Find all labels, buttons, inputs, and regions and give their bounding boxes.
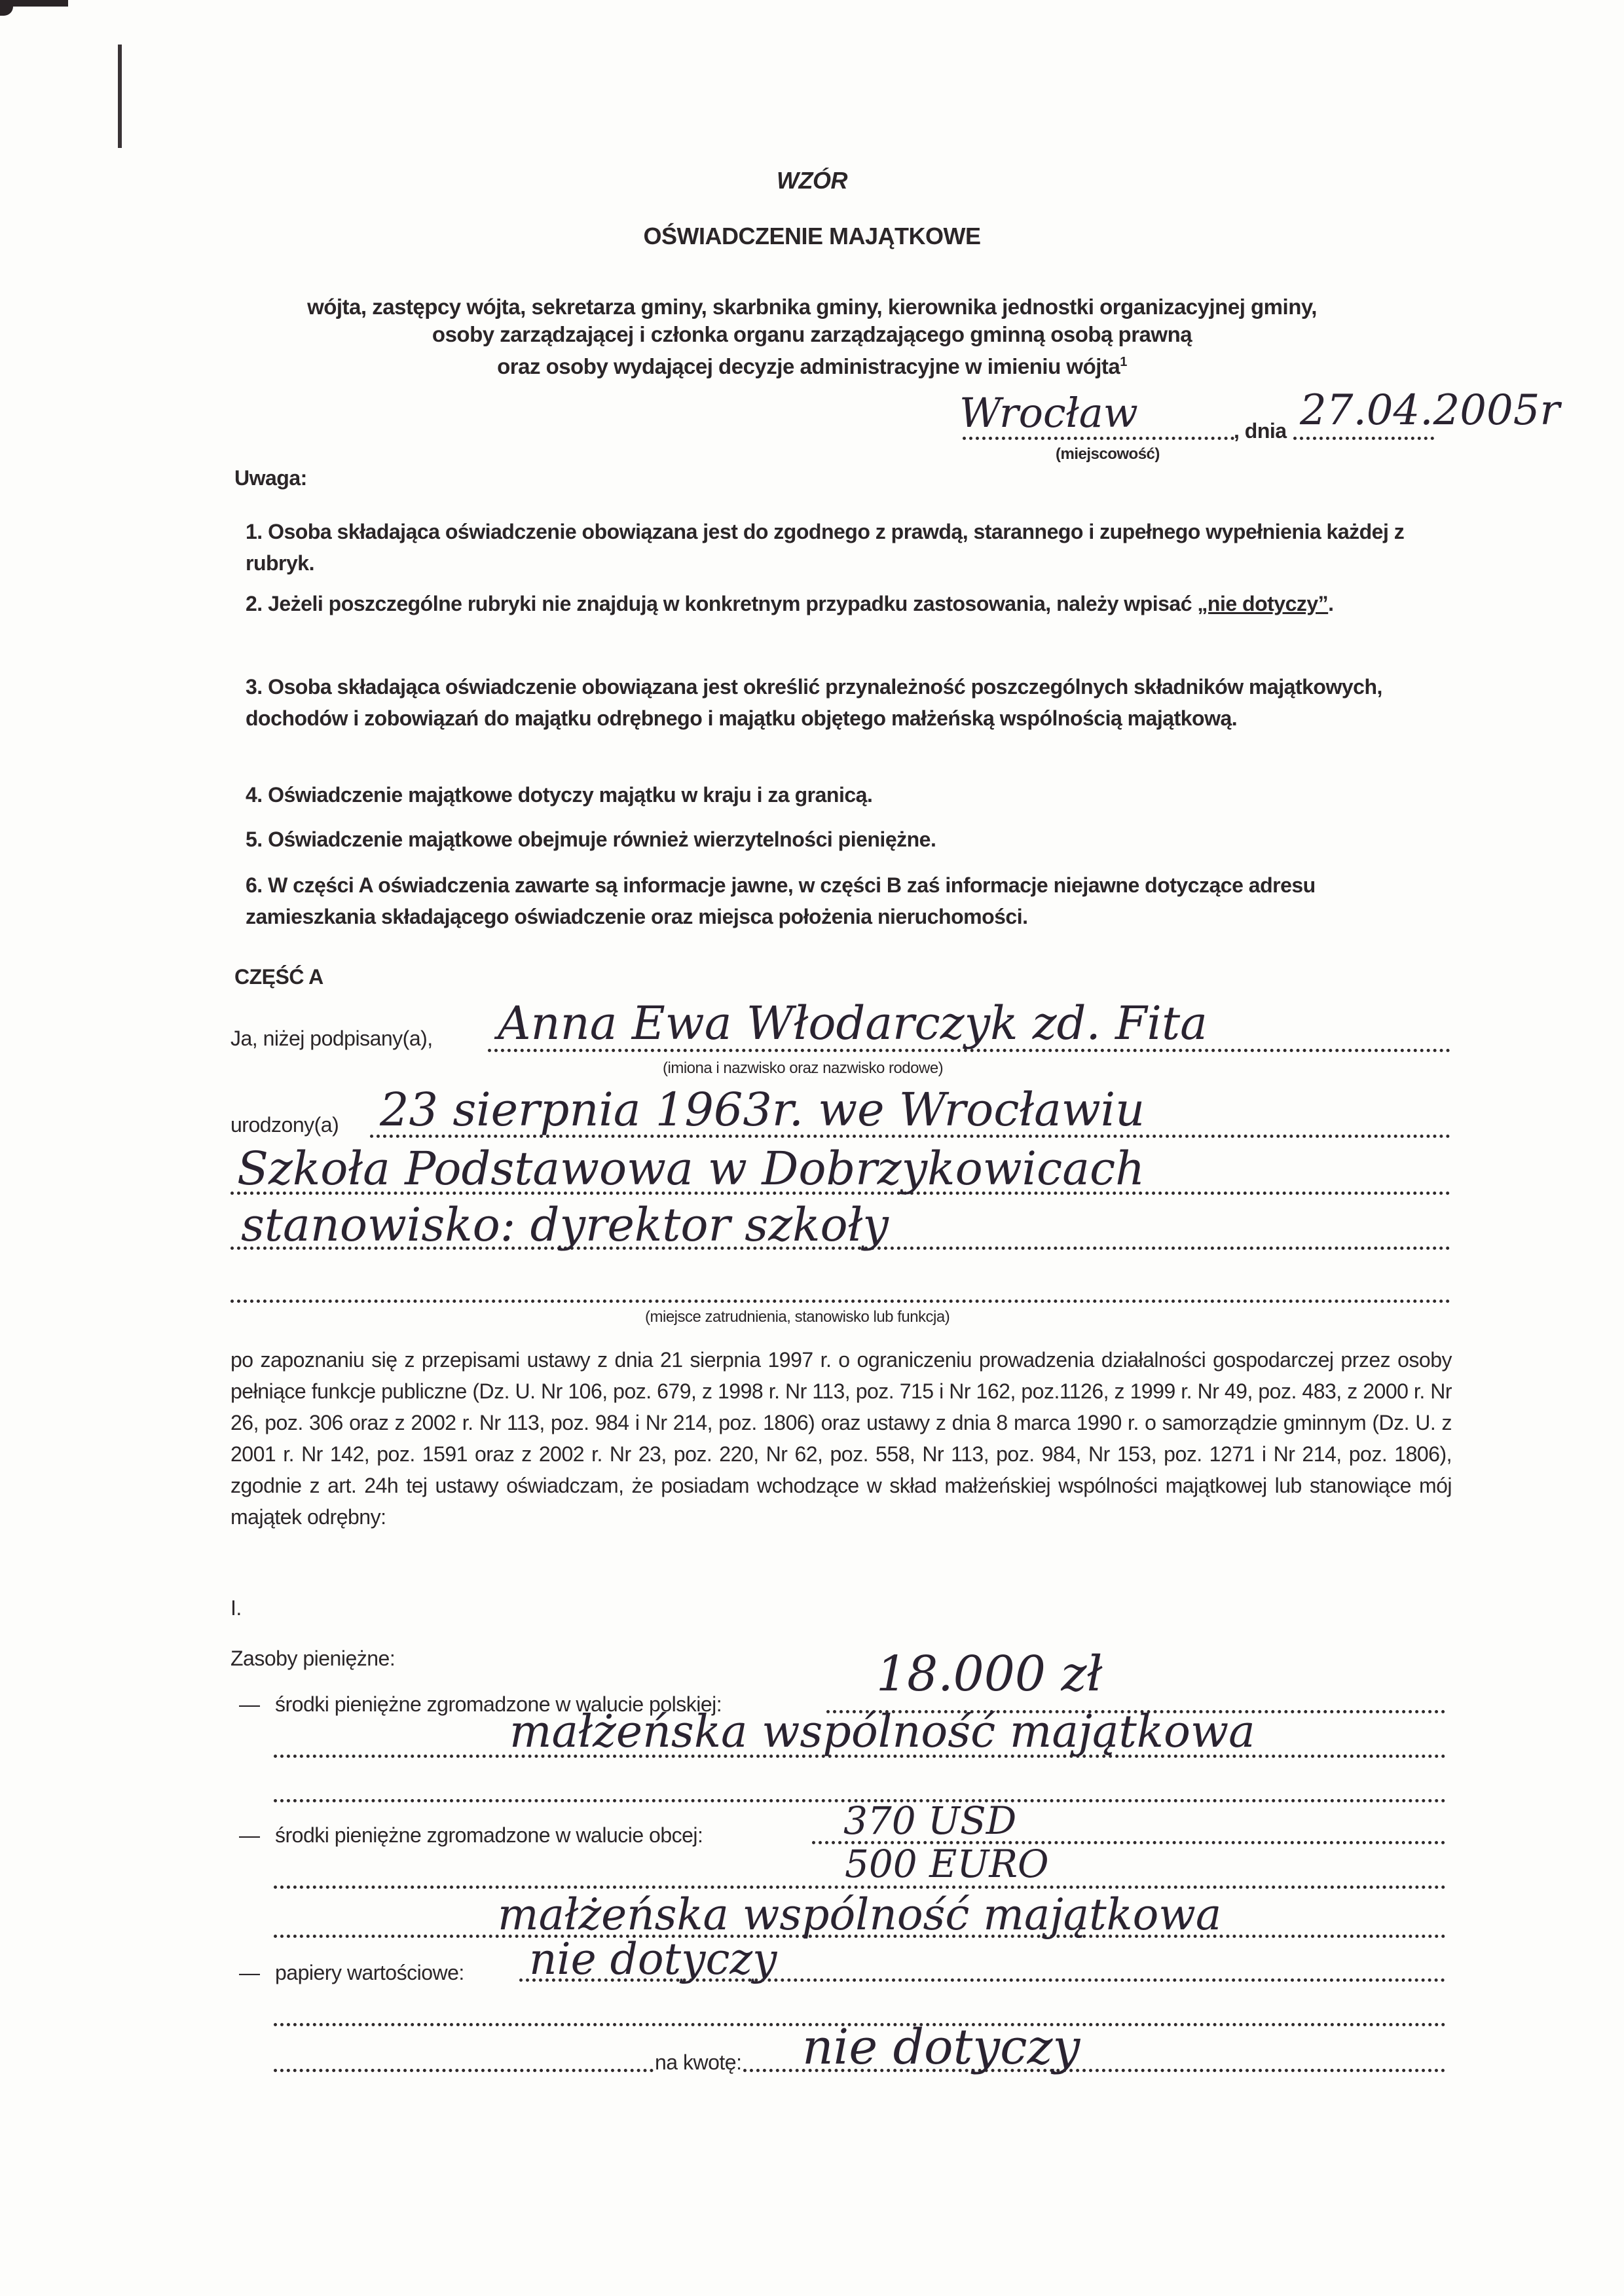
signer-caption: (imiona i nazwisko oraz nazwisko rodowe) — [663, 1059, 943, 1078]
foreign-amount-usd-field[interactable]: 370 USD — [843, 1802, 1016, 1840]
note-number: 5. — [246, 828, 263, 851]
note-number: 1. — [246, 520, 263, 543]
note-3: 3. Osoba składająca oświadczenie obowiąz… — [246, 671, 1450, 734]
section-number: I. — [231, 1596, 242, 1620]
place-field[interactable]: Wrocław — [959, 393, 1138, 433]
note-text-end: . — [1328, 592, 1333, 615]
note-number: 4. — [246, 783, 263, 807]
part-a-heading: CZĘŚĆ A — [234, 965, 323, 989]
pln-note-field[interactable]: małżeńska wspólność majątkowa — [509, 1710, 1255, 1755]
place-caption: (miejscowość) — [1056, 445, 1160, 464]
signer-label: Ja, niżej podpisany(a), — [231, 1027, 433, 1051]
foreign-label: środki pieniężne zgromadzone w walucie o… — [275, 1823, 703, 1848]
foreign-amount-eur-field[interactable]: 500 EURO — [845, 1845, 1049, 1883]
note-text: Oświadczenie majątkowe obejmuje również … — [268, 828, 936, 851]
subtitle-line-3: oraz osoby wydającej decyzje administrac… — [0, 348, 1624, 380]
scan-corner-artifact — [0, 0, 68, 7]
subtitle-line-3-text: oraz osoby wydającej decyzje administrac… — [497, 354, 1120, 378]
amount-label: na kwotę: — [655, 2050, 741, 2075]
footnote-marker: 1 — [1120, 355, 1127, 369]
note-6: 6. W części A oświadczenia zawarte są in… — [246, 869, 1450, 932]
note-emphasis: „nie dotyczy” — [1197, 592, 1328, 615]
notes-heading: Uwaga: — [234, 466, 307, 490]
employment-caption: (miejsce zatrudnienia, stanowisko lub fu… — [645, 1308, 950, 1326]
pln-amount-field[interactable]: 18.000 zł — [876, 1650, 1102, 1698]
born-field[interactable]: 23 sierpnia 1963r. we Wrocławiu — [380, 1087, 1145, 1133]
document-title: OŚWIADCZENIE MAJĄTKOWE — [0, 223, 1624, 250]
note-text: Jeżeli poszczególne rubryki nie znajdują… — [268, 592, 1197, 615]
date-field[interactable]: 27.04.2005r — [1300, 390, 1560, 431]
note-text: Osoba składająca oświadczenie obowiązana… — [246, 675, 1382, 730]
note-2: 2. Jeżeli poszczególne rubryki nie znajd… — [246, 588, 1450, 619]
note-4: 4. Oświadczenie majątkowe dotyczy majątk… — [246, 779, 1450, 811]
note-5: 5. Oświadczenie majątkowe obejmuje równi… — [246, 824, 1450, 855]
employment-field-1[interactable]: Szkoła Podstawowa w Dobrzykowicach — [237, 1146, 1145, 1192]
template-label: WZÓR — [0, 167, 1624, 194]
legal-basis-paragraph: po zapoznaniu się z przepisami ustawy z … — [231, 1344, 1452, 1533]
subtitle-line-2: osoby zarządzającej i członka organu zar… — [0, 321, 1624, 348]
born-label: urodzony(a) — [231, 1113, 339, 1137]
binder-mark — [118, 45, 122, 148]
foreign-dash: — — [239, 1823, 260, 1848]
note-number: 3. — [246, 675, 263, 699]
note-number: 6. — [246, 873, 263, 897]
note-1: 1. Osoba składająca oświadczenie obowiąz… — [246, 516, 1450, 579]
date-dotline — [1293, 437, 1434, 440]
note-number: 2. — [246, 592, 263, 615]
employment-dotline-3 — [231, 1300, 1450, 1303]
note-text: W części A oświadczenia zawarte są infor… — [246, 873, 1316, 928]
place-dotline — [963, 437, 1234, 440]
note-text: Osoba składająca oświadczenie obowiązana… — [246, 520, 1404, 575]
signer-name-field[interactable]: Anna Ewa Włodarczyk zd. Fita — [498, 1000, 1208, 1046]
subtitle-line-1: wójta, zastępcy wójta, sekretarza gminy,… — [0, 293, 1624, 321]
date-label: , dnia — [1234, 419, 1287, 443]
foreign-note-field[interactable]: małżeńska wspólność majątkowa — [498, 1893, 1221, 1937]
securities-dash: — — [239, 1961, 260, 1985]
section-heading: Zasoby pieniężne: — [231, 1647, 395, 1671]
securities-label: papiery wartościowe: — [275, 1961, 464, 1985]
amount-pre-dotline — [274, 2069, 654, 2072]
employment-field-2[interactable]: stanowisko: dyrektor szkoły — [241, 1202, 889, 1248]
note-text: Oświadczenie majątkowe dotyczy majątku w… — [268, 783, 872, 807]
amount-field[interactable]: nie dotyczy — [802, 2023, 1080, 2071]
securities-field[interactable]: nie dotyczy — [529, 1938, 777, 1981]
pln-dash: — — [239, 1692, 260, 1717]
